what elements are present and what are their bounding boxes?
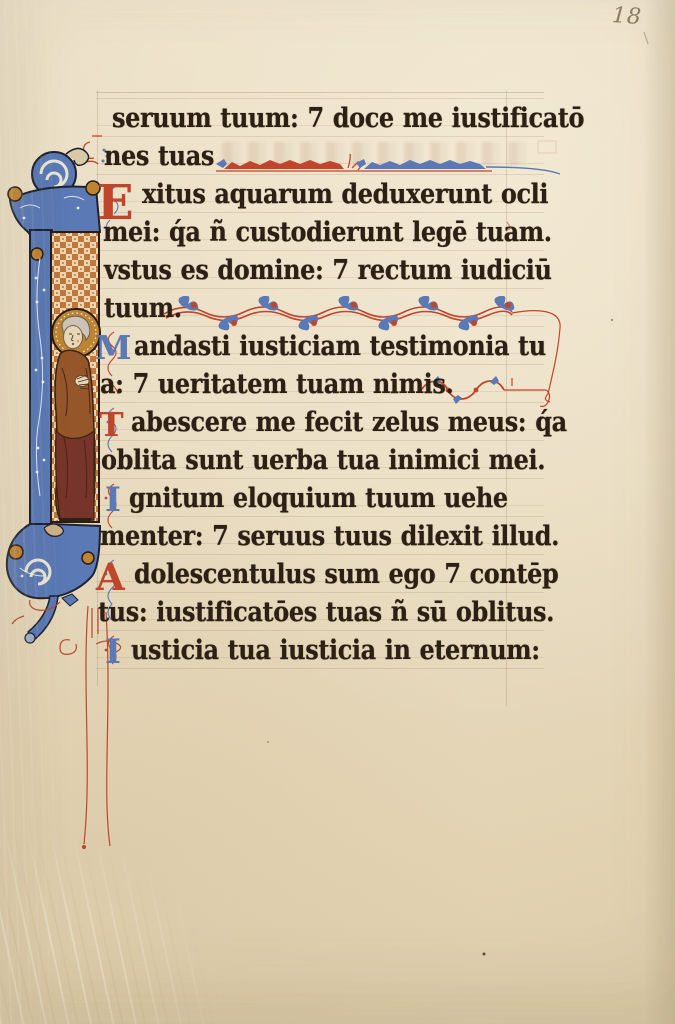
page-edge-shading xyxy=(644,0,675,1024)
text-line-4: mei: q́a ñ custodierunt legē tuam. xyxy=(103,215,552,249)
text-line-15: usticia tua iusticia in eternum: xyxy=(131,633,540,667)
text-line-7: andasti iusticiam testimonia tu xyxy=(134,329,546,363)
versal-initial-A: A xyxy=(96,559,125,596)
text-line-5: vstus es domine: 7 rectum iudiciū xyxy=(104,253,552,287)
parchment-wrinkles xyxy=(0,760,300,1024)
text-line-6: tuum. xyxy=(104,291,182,325)
text-line-14: tus: iustificatōes tuas ñ sū oblitus. xyxy=(98,595,554,629)
text-line-9: abescere me fecit zelus meus: q́a xyxy=(131,405,567,439)
text-line-10: oblita sunt uerba tua inimici mei. xyxy=(101,443,545,477)
versal-initial-M: M xyxy=(95,331,132,364)
text-line-11: gnitum eloquium tuum uehe xyxy=(129,481,508,515)
text-line-2: nes tuas xyxy=(104,139,214,173)
folio-number: 18 xyxy=(611,3,643,30)
text-line-13: dolescentulus sum ego 7 contēp xyxy=(134,557,558,591)
text-line-1: seruum tuum: 7 doce me iustificatō xyxy=(112,101,584,135)
line-filler-red-blue-bar xyxy=(214,150,566,180)
versal-initial-I: I xyxy=(105,483,121,517)
versal-initial-I: I xyxy=(105,635,121,669)
manuscript-page: E M T I A I seruum tuum: 7 doce me iusti… xyxy=(0,0,675,1024)
text-line-3: xitus aquarum deduxerunt ocli xyxy=(142,177,548,211)
ruling-line-top xyxy=(96,92,544,93)
text-line-12: menter: 7 seruus tuus dilexit illud. xyxy=(100,519,559,553)
versal-initial-T: T xyxy=(99,408,124,441)
text-line-8: a: 7 ueritatem tuam nimis. xyxy=(100,367,453,401)
